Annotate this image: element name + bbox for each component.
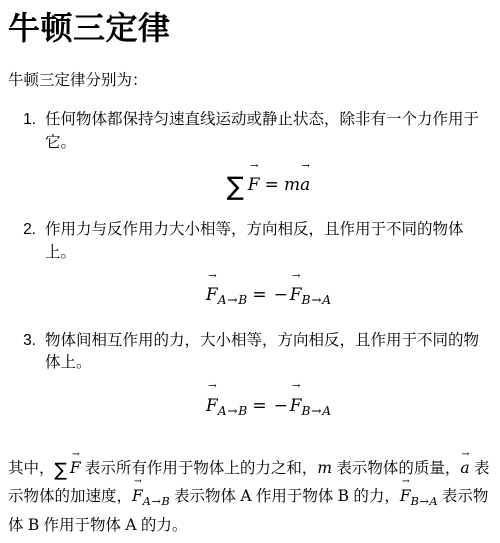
closing-paragraph: 其中，∑→F 表示所有作用于物体上的力之和，m 表示物体的质量，→a 表示物体的… (8, 455, 492, 539)
closing-text: 其中， (8, 460, 55, 477)
var-F: F (206, 396, 218, 416)
equals-sign: = (252, 285, 266, 305)
vector-arrow: → (208, 272, 217, 282)
inline-var-m: m (317, 459, 332, 477)
var-A: A (322, 404, 331, 418)
formula-action-reaction-1: →FA→B=−→FB→A (45, 278, 492, 313)
subscript-A-to-B: A→B (218, 293, 248, 307)
var-B: B (238, 404, 247, 418)
var-B: B (302, 293, 311, 307)
minus-sign: − (274, 396, 288, 416)
closing-text: 作用于物体 (252, 488, 338, 505)
var-A: A (143, 495, 151, 508)
subscript-arrow: → (311, 293, 321, 307)
var-B: B (162, 495, 170, 508)
vector-arrow: → (72, 450, 80, 459)
vector-arrow: → (292, 272, 301, 282)
formula-second-law: ∑→F=m→a (45, 168, 492, 202)
law-item-1: 1. 任何物体都保持匀速直线运动或静止状态，除非有一个力作用于它。 ∑→F=m→… (8, 109, 492, 219)
var-A: A (430, 495, 438, 508)
inline-F-A-to-B: →FA→B (132, 487, 170, 505)
law-number-2: 2. (8, 219, 45, 241)
var-F: F (206, 285, 218, 305)
vector-F: →F (290, 389, 302, 423)
vector-F: →F (206, 389, 218, 423)
var-B: B (411, 495, 419, 508)
var-F: F (70, 459, 81, 477)
minus-sign: − (274, 285, 288, 305)
var-F: F (132, 487, 143, 505)
subscript-arrow: → (227, 293, 237, 307)
law-body-3: 物体间相互作用的力，大小相等，方向相反，且作用于不同的物体上。 →FA→B=−→… (45, 330, 492, 441)
law-body-1: 任何物体都保持匀速直线运动或静止状态，除非有一个力作用于它。 ∑→F=m→a (45, 109, 492, 219)
var-a: a (460, 459, 469, 477)
var-F: F (290, 285, 302, 305)
var-F: F (400, 487, 411, 505)
inline-vector-a: →a (460, 459, 469, 477)
vector-F: →F (132, 483, 143, 511)
var-a: a (300, 175, 310, 195)
intro-text: 牛顿三定律分别为： (8, 70, 492, 92)
var-B: B (302, 404, 311, 418)
equals-sign: = (252, 396, 266, 416)
law-item-2: 2. 作用力与反作用力大小相等，方向相反，且作用于不同的物体上。 →FA→B=−… (8, 219, 492, 330)
laws-list: 1. 任何物体都保持匀速直线运动或静止状态，除非有一个力作用于它。 ∑→F=m→… (8, 109, 492, 440)
var-A: A (322, 293, 331, 307)
vector-F: →F (206, 278, 218, 312)
object-A-label: A (240, 487, 251, 505)
closing-text: 的力。 (137, 517, 188, 534)
inline-sum-F: ∑→F (55, 459, 81, 477)
page-title: 牛顿三定律 (8, 10, 492, 47)
summation-symbol: ∑ (55, 460, 68, 481)
equals-sign: = (265, 175, 279, 195)
closing-text: 表示物体 (170, 488, 241, 505)
subscript-A-to-B: A→B (218, 404, 248, 418)
summation-symbol: ∑ (227, 172, 244, 202)
var-B: B (238, 293, 247, 307)
closing-text: 的力， (349, 488, 400, 505)
var-F: F (290, 396, 302, 416)
law-number-1: 1. (8, 109, 45, 131)
closing-text: 表示所有作用于物体上的力之和， (81, 460, 318, 477)
law-body-2: 作用力与反作用力大小相等，方向相反，且作用于不同的物体上。 →FA→B=−→FB… (45, 219, 492, 330)
vector-arrow: → (134, 477, 142, 486)
object-B-label: B (28, 516, 39, 534)
subscript-arrow: → (311, 404, 321, 418)
vector-arrow: → (208, 382, 217, 392)
closing-text: 表示物体的质量， (332, 460, 460, 477)
law-number-3: 3. (8, 330, 45, 352)
vector-a: →a (300, 168, 310, 202)
subscript-B-to-A: B→A (411, 495, 438, 508)
subscript-arrow: → (420, 495, 429, 508)
vector-F: →F (248, 168, 260, 202)
object-B-label: B (338, 487, 349, 505)
law-text-1: 任何物体都保持匀速直线运动或静止状态，除非有一个力作用于它。 (45, 109, 492, 154)
law-item-3: 3. 物体间相互作用的力，大小相等，方向相反，且作用于不同的物体上。 →FA→B… (8, 330, 492, 441)
subscript-A-to-B: A→B (143, 495, 170, 508)
var-F: F (248, 175, 260, 195)
law-text-2: 作用力与反作用力大小相等，方向相反，且作用于不同的物体上。 (45, 219, 492, 264)
vector-arrow: → (292, 382, 301, 392)
subscript-arrow: → (227, 404, 237, 418)
formula-action-reaction-2: →FA→B=−→FB→A (45, 389, 492, 424)
var-m: m (284, 175, 300, 195)
law-text-3: 物体间相互作用的力，大小相等，方向相反，且作用于不同的物体上。 (45, 330, 492, 375)
inline-F-B-to-A: →FB→A (400, 487, 438, 505)
closing-text: 作用于物体 (39, 517, 125, 534)
vector-arrow: → (250, 162, 259, 172)
object-A-label: A (125, 516, 136, 534)
vector-F: →F (290, 278, 302, 312)
subscript-B-to-A: B→A (302, 404, 332, 418)
var-A: A (218, 404, 227, 418)
subscript-arrow: → (152, 495, 161, 508)
var-m: m (317, 459, 332, 477)
vector-arrow: → (402, 477, 410, 486)
vector-F: →F (70, 455, 81, 483)
vector-arrow: → (301, 162, 310, 172)
vector-a: →a (460, 455, 469, 483)
vector-arrow: → (462, 450, 470, 459)
var-A: A (218, 293, 227, 307)
vector-F: →F (400, 483, 411, 511)
subscript-B-to-A: B→A (302, 293, 332, 307)
